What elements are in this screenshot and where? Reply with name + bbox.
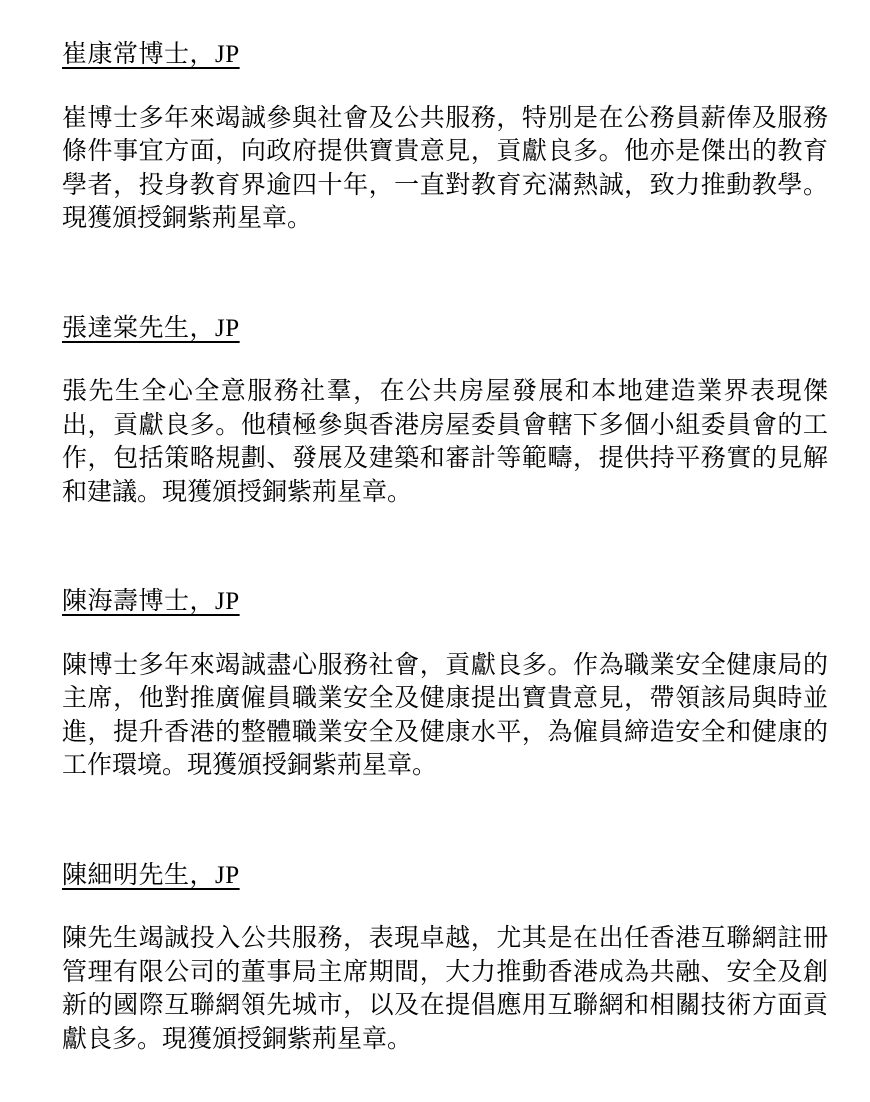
paragraph-line: 張先生全心全意服務社羣，在公共房屋發展和本地建造業界表現傑 [62,375,828,409]
citation-entry: 陳海壽博士，JP 陳博士多年來竭誠盡心服務社會，貢獻良多。作為職業安全健康局的 … [62,585,828,783]
paragraph-line: 出，貢獻良多。他積極參與香港房屋委員會轄下多個小組委員會的工 [62,409,828,443]
paragraph-line: 學者，投身教育界逾四十年，一直對教育充滿熱誠，致力推動教學。 [62,169,828,203]
citation-entry: 崔康常博士，JP 崔博士多年來竭誠參與社會及公共服務，特別是在公務員薪俸及服務 … [62,38,828,236]
paragraph-line: 陳先生竭誠投入公共服務，表現卓越，尤其是在出任香港互聯網註冊 [62,922,828,956]
citation-paragraph: 陳博士多年來竭誠盡心服務社會，貢獻良多。作為職業安全健康局的 主席，他對推廣僱員… [62,649,828,783]
paragraph-line: 作，包括策略規劃、發展及建築和審計等範疇，提供持平務實的見解 [62,442,828,476]
paragraph-line: 新的國際互聯網領先城市，以及在提倡應用互聯網和相關技術方面貢 [62,989,828,1023]
paragraph-line: 條件事宜方面，向政府提供寶貴意見，貢獻良多。他亦是傑出的教育 [62,135,828,169]
paragraph-line: 現獲頒授銅紫荊星章。 [62,202,828,236]
recipient-name-heading: 張達棠先生，JP [62,312,828,346]
recipient-name-heading: 陳細明先生，JP [62,859,828,893]
paragraph-line: 崔博士多年來竭誠參與社會及公共服務，特別是在公務員薪俸及服務 [62,102,828,136]
document-page: 崔康常博士，JP 崔博士多年來竭誠參與社會及公共服務，特別是在公務員薪俸及服務 … [0,0,870,1102]
paragraph-line: 工作環境。現獲頒授銅紫荊星章。 [62,749,828,783]
recipient-name-heading: 崔康常博士，JP [62,38,828,72]
paragraph-line: 管理有限公司的董事局主席期間，大力推動香港成為共融、安全及創 [62,956,828,990]
citation-entry: 張達棠先生，JP 張先生全心全意服務社羣，在公共房屋發展和本地建造業界表現傑 出… [62,312,828,510]
paragraph-line: 陳博士多年來竭誠盡心服務社會，貢獻良多。作為職業安全健康局的 [62,649,828,683]
paragraph-line: 獻良多。現獲頒授銅紫荊星章。 [62,1023,828,1057]
paragraph-line: 主席，他對推廣僱員職業安全及健康提出寶貴意見，帶領該局與時並 [62,682,828,716]
paragraph-line: 進，提升香港的整體職業安全及健康水平，為僱員締造安全和健康的 [62,716,828,750]
paragraph-line: 和建議。現獲頒授銅紫荊星章。 [62,476,828,510]
recipient-name-heading: 陳海壽博士，JP [62,585,828,619]
citation-entry: 陳細明先生，JP 陳先生竭誠投入公共服務，表現卓越，尤其是在出任香港互聯網註冊 … [62,859,828,1057]
citation-paragraph: 張先生全心全意服務社羣，在公共房屋發展和本地建造業界表現傑 出，貢獻良多。他積極… [62,375,828,509]
citation-paragraph: 陳先生竭誠投入公共服務，表現卓越，尤其是在出任香港互聯網註冊 管理有限公司的董事… [62,922,828,1056]
citation-paragraph: 崔博士多年來竭誠參與社會及公共服務，特別是在公務員薪俸及服務 條件事宜方面，向政… [62,102,828,236]
